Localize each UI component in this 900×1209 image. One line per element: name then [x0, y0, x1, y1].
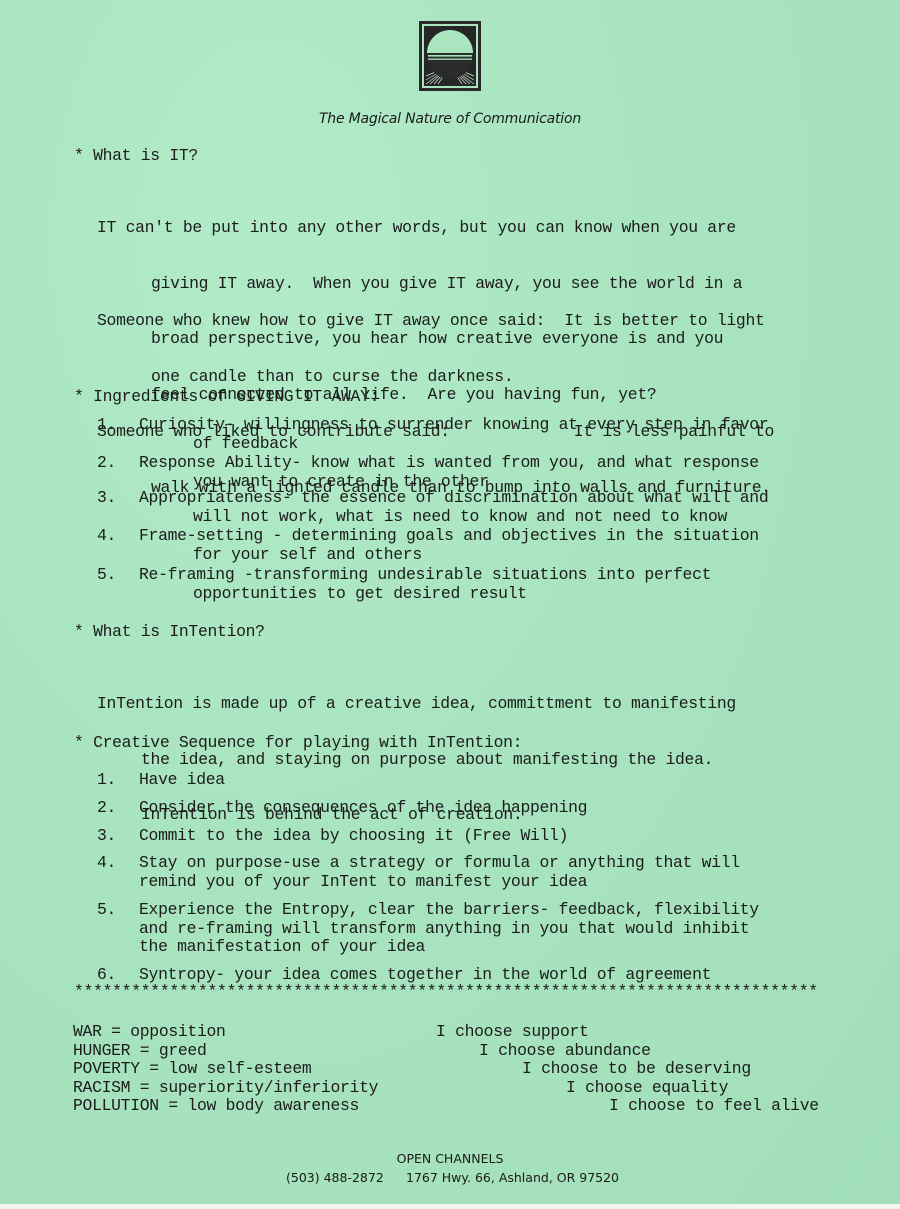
list-number: 1. [97, 416, 116, 435]
footer-organization: OPEN CHANNELS [0, 1151, 900, 1166]
list-number: 2. [97, 454, 116, 473]
choice-problem: POLLUTION = low body awareness [73, 1097, 359, 1116]
list-text: Curiosity- willingness to surrender know… [139, 416, 768, 453]
section-heading-ingredients: * Ingredients of GIVING IT AWAY: [74, 388, 379, 407]
list-text: Consider the consequences of the idea ha… [139, 799, 587, 818]
list-text: Commit to the idea by choosing it (Free … [139, 827, 568, 846]
asterisk-separator: ****************************************… [74, 983, 818, 1002]
choice-response: I choose abundance [479, 1042, 651, 1061]
list-number: 3. [97, 827, 116, 846]
document-page: The Magical Nature of Communication * Wh… [0, 0, 900, 1209]
choice-response: I choose to feel alive [609, 1097, 819, 1116]
list-number: 2. [97, 799, 116, 818]
footer-address: 1767 Hwy. 66, Ashland, OR 97520 [406, 1170, 619, 1185]
list-number: 4. [97, 527, 116, 546]
list-text: Response Ability- know what is wanted fr… [139, 454, 759, 491]
section-heading-what-is-it: * What is IT? [74, 147, 198, 166]
footer-phone: (503) 488-2872 [286, 1170, 384, 1185]
choice-problem: POVERTY = low self-esteem [73, 1060, 311, 1079]
list-text: Experience the Entropy, clear the barrie… [139, 901, 759, 957]
section-heading-intention: * What is InTention? [74, 623, 265, 642]
choice-response: I choose support [436, 1023, 589, 1042]
choice-response: I choose equality [566, 1079, 728, 1098]
list-text: Re-framing -transforming undesirable sit… [139, 566, 711, 603]
list-number: 3. [97, 489, 116, 508]
choice-problem: RACISM = superiority/inferiority [73, 1079, 378, 1098]
choice-problem: HUNGER = greed [73, 1042, 207, 1061]
list-number: 5. [97, 901, 116, 920]
section-heading-creative-sequence: * Creative Sequence for playing with InT… [74, 734, 522, 753]
list-text: Stay on purpose-use a strategy or formul… [139, 854, 740, 891]
choice-problem: WAR = opposition [73, 1023, 226, 1042]
list-number: 1. [97, 771, 116, 790]
list-number: 4. [97, 854, 116, 873]
list-text: Appropriateness- the essence of discrimi… [139, 489, 768, 526]
list-text: Have idea [139, 771, 225, 790]
sunrise-emblem-icon [418, 20, 482, 92]
list-text: Frame-setting - determining goals and ob… [139, 527, 759, 564]
paper-bottom-edge [0, 1204, 900, 1209]
document-title: The Magical Nature of Communication [0, 111, 900, 127]
choice-response: I choose to be deserving [522, 1060, 751, 1079]
list-number: 5. [97, 566, 116, 585]
